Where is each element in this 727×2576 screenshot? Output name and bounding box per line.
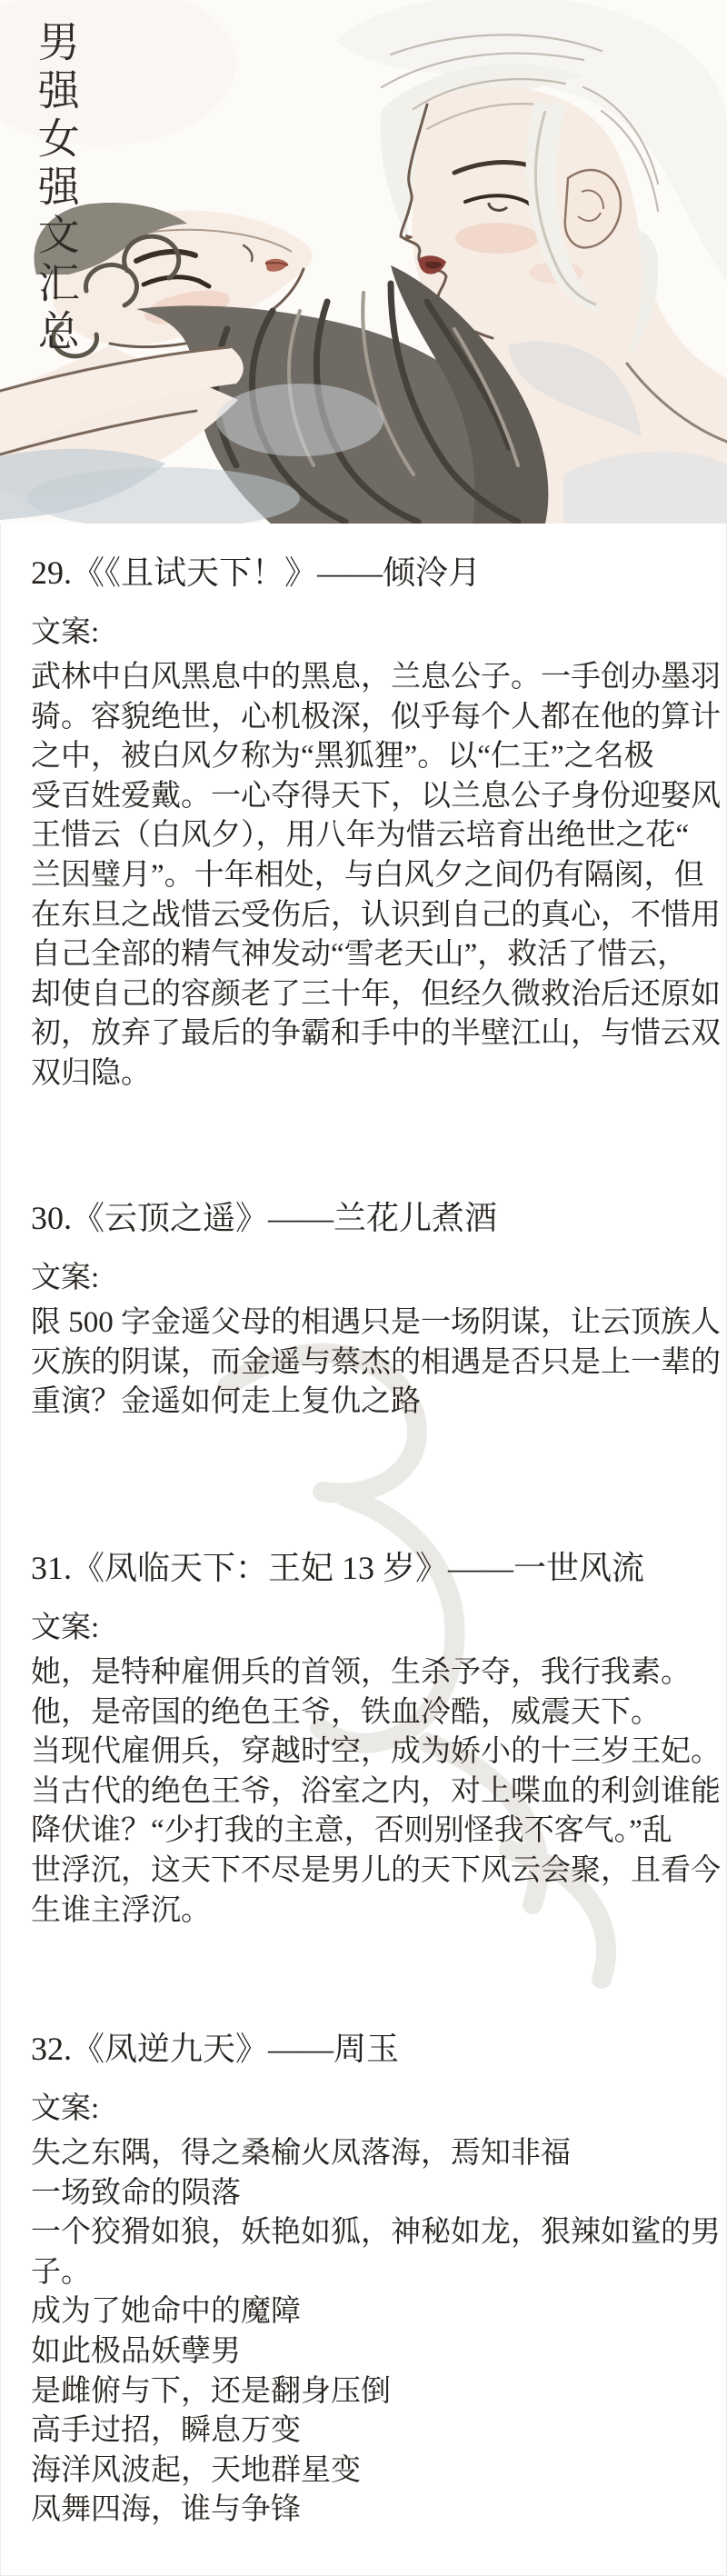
synopsis-line: 双归隐。 — [31, 1054, 714, 1094]
synopsis-line: 初，放弃了最后的争霸和手中的半壁江山，与惜云双 — [31, 1014, 714, 1054]
entry-30-synopsis: 限 500 字金遥父母的相遇只是一场阴谋，让云顶族人 灭族的阴谋，而金遥与蔡杰的… — [31, 1303, 714, 1423]
synopsis-line: 一场致命的陨落 — [31, 2174, 714, 2214]
synopsis-line: 当古代的绝色王爷，浴室之内，对上喋血的利剑谁能 — [31, 1772, 714, 1812]
synopsis-line: 她，是特种雇佣兵的首领，生杀予夺，我行我素。 — [31, 1653, 714, 1693]
synopsis-line: 自己全部的精气神发动“雪老天山”，救活了惜云， — [31, 935, 714, 975]
entry-29-synopsis: 武林中白风黑息中的黑息，兰息公子。一手创办墨羽 骑。容貌绝世，心机极深，似乎每个… — [31, 658, 714, 1094]
entry-30-title: 30.《云顶之遥》——兰花儿煮酒 — [31, 1198, 714, 1238]
header-illustration: 男强女强文汇总 — [0, 0, 727, 524]
synopsis-line: 重演？金遥如何走上复仇之路 — [31, 1383, 714, 1423]
synopsis-line: 是雌俯与下，还是翻身压倒 — [31, 2372, 714, 2412]
entry-32: 32.《凤逆九天》——周玉 文案: 失之东隅，得之桑榆火凤落海，焉知非福 一场致… — [31, 2029, 714, 2531]
synopsis-line: 降伏谁？“少打我的主意，否则别怪我不客气。”乱 — [31, 1812, 714, 1852]
entry-29-title: 29.《《且试天下！》——倾泠月 — [31, 553, 714, 593]
synopsis-line: 受百姓爱戴。一心夺得天下，以兰息公子身份迎娶风 — [31, 777, 714, 817]
synopsis-line: 高手过招，瞬息万变 — [31, 2411, 714, 2451]
entry-29: 29.《《且试天下！》——倾泠月 文案: 武林中白风黑息中的黑息，兰息公子。一手… — [31, 553, 714, 1094]
synopsis-line: 他，是帝国的绝色王爷，铁血冷酷，威震天下。 — [31, 1693, 714, 1733]
couple-illustration — [0, 0, 727, 524]
synopsis-line: 在东旦之战惜云受伤后，认识到自己的真心，不惜用 — [31, 896, 714, 936]
synopsis-line: 武林中白风黑息中的黑息，兰息公子。一手创办墨羽 — [31, 658, 714, 698]
synopsis-line: 限 500 字金遥父母的相遇只是一场阴谋，让云顶族人 — [31, 1303, 714, 1343]
synopsis-line: 凤舞四海，谁与争锋 — [31, 2491, 714, 2531]
entry-29-copy-label: 文案: — [31, 617, 714, 648]
synopsis-line: 灭族的阴谋，而金遥与蔡杰的相遇是否只是上一辈的 — [31, 1343, 714, 1383]
synopsis-line: 成为了她命中的魔障 — [31, 2292, 714, 2332]
synopsis-line: 海洋风波起，天地群星变 — [31, 2451, 714, 2491]
synopsis-line: 生谁主浮沉。 — [31, 1892, 714, 1932]
entry-32-copy-label: 文案: — [31, 2093, 714, 2124]
synopsis-line: 一个狡猾如狼，妖艳如狐，神秘如龙，狠辣如鲨的男 — [31, 2213, 714, 2253]
synopsis-line: 子。 — [31, 2253, 714, 2293]
synopsis-line: 骑。容貌绝世，心机极深，似乎每个人都在他的算计 — [31, 698, 714, 738]
synopsis-line: 当现代雇佣兵，穿越时空，成为娇小的十三岁王妃。 — [31, 1732, 714, 1772]
entry-32-synopsis: 失之东隅，得之桑榆火凤落海，焉知非福 一场致命的陨落 一个狡猾如狼，妖艳如狐，神… — [31, 2134, 714, 2531]
synopsis-line: 失之东隅，得之桑榆火凤落海，焉知非福 — [31, 2134, 714, 2174]
entry-30: 30.《云顶之遥》——兰花儿煮酒 文案: 限 500 字金遥父母的相遇只是一场阴… — [31, 1198, 714, 1423]
entry-31-synopsis: 她，是特种雇佣兵的首领，生杀予夺，我行我素。 他，是帝国的绝色王爷，铁血冷酷，威… — [31, 1653, 714, 1931]
synopsis-line: 之中，被白风夕称为“黑狐狸”。以“仁王”之名极 — [31, 737, 714, 777]
page: 男强女强文汇总 29.《《且试天下！》——倾泠月 文案: 武林中白风黑息中的黑息… — [0, 0, 727, 2576]
entry-31-copy-label: 文案: — [31, 1612, 714, 1643]
vertical-title: 男强女强文汇总 — [33, 20, 77, 357]
synopsis-line: 世浮沉，这天下不尽是男儿的天下风云会聚，且看今 — [31, 1852, 714, 1892]
entry-30-copy-label: 文案: — [31, 1263, 714, 1293]
synopsis-line: 兰因璧月”。十年相处，与白风夕之间仍有隔阂，但 — [31, 856, 714, 896]
synopsis-line: 如此极品妖孽男 — [31, 2332, 714, 2372]
synopsis-line: 王惜云（白风夕），用八年为惜云培育出绝世之花“ — [31, 816, 714, 856]
entry-31-title: 31.《凤临天下：王妃 13 岁》——一世风流 — [31, 1548, 714, 1588]
entry-32-title: 32.《凤逆九天》——周玉 — [31, 2029, 714, 2069]
entry-31: 31.《凤临天下：王妃 13 岁》——一世风流 文案: 她，是特种雇佣兵的首领，… — [31, 1548, 714, 1931]
synopsis-line: 却使自己的容颜老了三十年，但经久微救治后还原如 — [31, 975, 714, 1015]
